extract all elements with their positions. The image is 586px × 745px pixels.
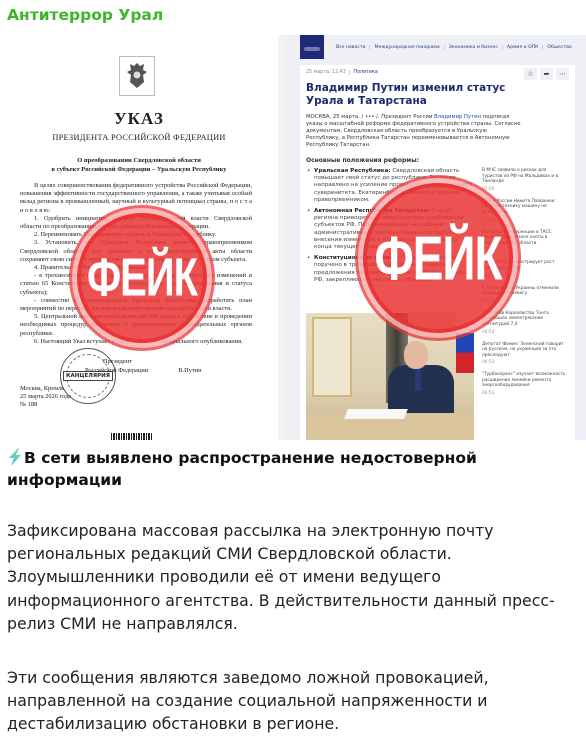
- coat-of-arms-icon: [119, 56, 155, 96]
- signature-role: Российской Федерации: [85, 367, 148, 374]
- sidebar-news-title: Депутат Фомин: Зеленский говорит на русс…: [482, 342, 568, 359]
- decree-signature: Президент Российской ФедерацииВ.Путин: [85, 358, 202, 375]
- news-nav-item: Международная панорама: [370, 45, 444, 50]
- news-subheading: Основные положения реформы:: [306, 157, 419, 164]
- sidebar-news-item: В МЧС заявили о рисках для туристов из Р…: [482, 168, 568, 192]
- sidebar-news-title: "Турбоохранс" изучает возможность расшир…: [482, 372, 568, 389]
- sidebar-news-time: 06:54: [482, 330, 568, 335]
- fake-stamp-left: ФЕЙК: [77, 213, 207, 343]
- photo-door: [312, 317, 352, 397]
- news-meta: 25 марта, 12:43 Политика: [306, 70, 378, 75]
- news-nav-item: Общество: [543, 45, 575, 50]
- sidebar-news-item: "Турбоохранс" изучает возможность расшир…: [482, 372, 568, 396]
- sidebar-news-title: В МЧС заявили о рисках для туристов из Р…: [482, 168, 568, 185]
- sidebar-news-time: 06:53: [482, 360, 568, 365]
- more-icon: ⋯: [556, 68, 569, 80]
- lead-text: МОСКВА, 25 марта. / ••• /. Президент Рос…: [306, 114, 434, 120]
- photo-paper: [344, 409, 408, 419]
- news-lead: МОСКВА, 25 марта. / ••• /. Президент Рос…: [306, 114, 521, 149]
- news-nav-item: Все новости: [332, 45, 370, 50]
- news-nav: Все новости Международная панорама Эконо…: [332, 45, 576, 50]
- sidebar-news-item: Депутат Фомин: Зеленский говорит на русс…: [482, 342, 568, 366]
- decree-date: 25 марта 2026 года: [20, 393, 71, 401]
- post-paragraph-2: Эти сообщения являются заведомо ложной п…: [7, 666, 582, 736]
- decree-heading: О преобразовании Свердловской области в …: [0, 157, 278, 174]
- news-logo: [300, 35, 324, 59]
- fake-stamp-right: ФЕЙК: [363, 183, 513, 333]
- decree-title: УКАЗ: [0, 109, 278, 129]
- post-paragraph-1: Зафиксирована массовая рассылка на элект…: [7, 519, 582, 635]
- news-nav-item: Экономика и бизнес: [445, 45, 503, 50]
- news-date: 25 марта, 12:43: [306, 70, 346, 75]
- news-headline: Владимир Путин изменил статус Урала и Та…: [306, 82, 526, 108]
- post-media[interactable]: УКАЗ ПРЕЗИДЕНТА РОССИЙСКОЙ ФЕДЕРАЦИИ О п…: [0, 35, 586, 440]
- news-category: Политика: [349, 70, 377, 75]
- sidebar-news-title: У берегов Королевства Тонга произошло зе…: [482, 311, 568, 328]
- news-nav-item: Армия и ОПК: [503, 45, 544, 50]
- lead-link: Владимир Путин: [434, 114, 481, 120]
- share-icon: ➦: [540, 68, 553, 80]
- photo-person: [384, 341, 454, 419]
- sidebar-news-item: У берегов Королевства Тонга произошло зе…: [482, 311, 568, 335]
- signature-name: В.Путин: [178, 367, 201, 374]
- fake-stamp-label: ФЕЙК: [374, 222, 501, 295]
- barcode: [111, 433, 153, 440]
- signature-role: Президент: [103, 358, 202, 367]
- news-topbar: Все новости Международная панорама Эконо…: [293, 35, 586, 59]
- sidebar-news-time: 07:00: [482, 187, 568, 192]
- lightning-icon: [7, 448, 23, 466]
- decree-heading-line: в субъект Российской Федерации – Уральск…: [0, 166, 278, 175]
- decree-paragraph: В целях совершенствования федеративного …: [20, 182, 252, 215]
- decree-heading-line: О преобразовании Свердловской области: [0, 157, 278, 166]
- photo-person-head: [404, 341, 428, 369]
- decree-place-date: Москва, Кремль 25 марта 2026 года № 188: [20, 385, 71, 409]
- decree-subtitle: ПРЕЗИДЕНТА РОССИЙСКОЙ ФЕДЕРАЦИИ: [0, 133, 278, 142]
- post-heading: В сети выявлено распространение недостов…: [7, 447, 577, 491]
- star-icon: ☆: [524, 68, 537, 80]
- image-gap: [278, 35, 293, 440]
- bullet-title: Уральская Республика:: [314, 168, 391, 174]
- channel-name[interactable]: Антитеррор Урал: [7, 6, 163, 24]
- photo-person-tie: [415, 367, 421, 391]
- fake-stamp-label: ФЕЙК: [87, 248, 197, 309]
- news-actions: ☆ ➦ ⋯: [524, 68, 569, 80]
- post-heading-text: В сети выявлено распространение недостов…: [7, 449, 477, 489]
- decree-number: № 188: [20, 401, 71, 409]
- decree-place: Москва, Кремль: [20, 385, 71, 393]
- sidebar-news-time: 06:53: [482, 391, 568, 396]
